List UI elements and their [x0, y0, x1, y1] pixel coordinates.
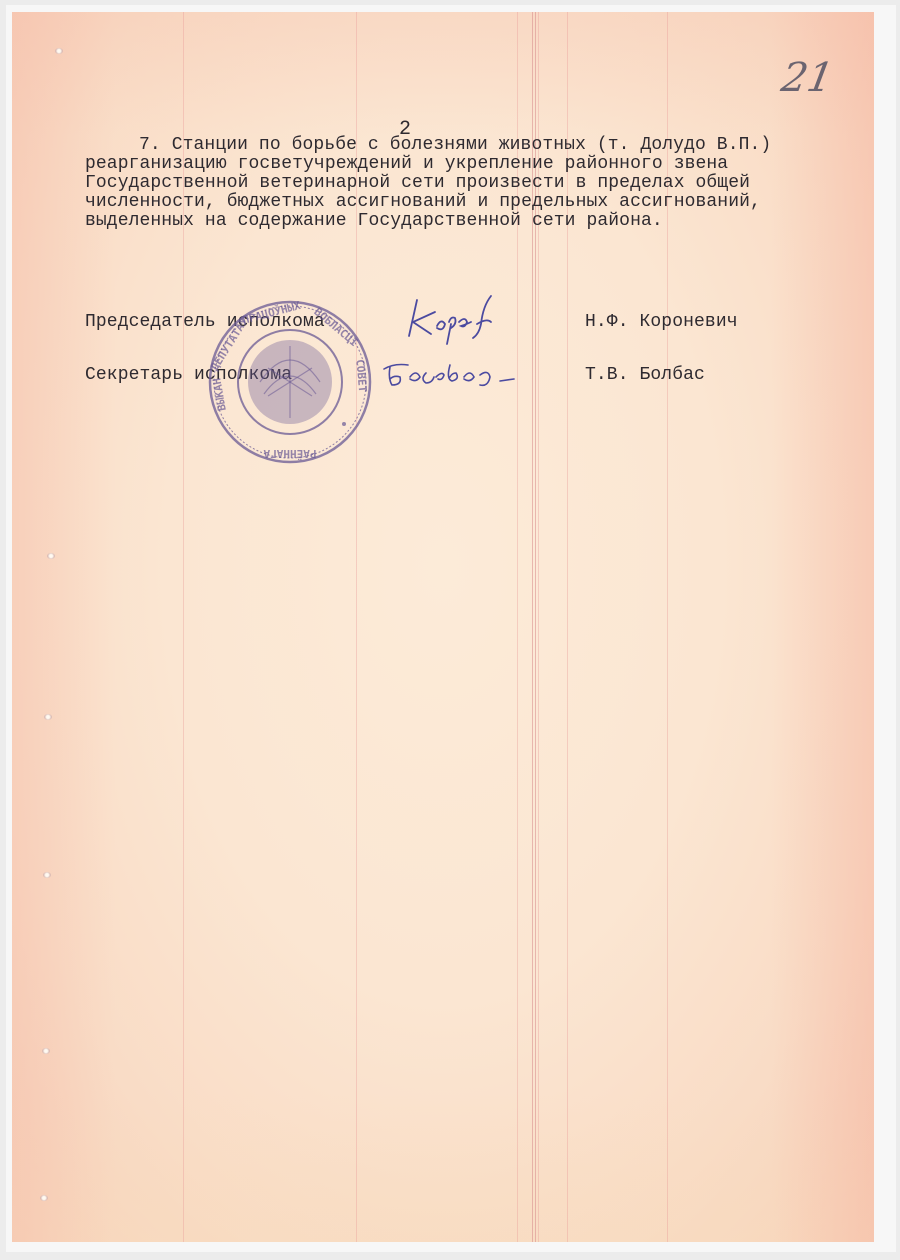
archive-page-number: 21 — [778, 55, 837, 101]
binder-hole — [42, 1048, 50, 1054]
signature-name-chairman: Н.Ф. Короневич — [585, 313, 738, 332]
binder-hole — [55, 48, 63, 54]
signature-name-secretary: Т.В. Болбас — [585, 366, 705, 385]
svg-text:СОВЕТ: СОВЕТ — [353, 359, 369, 393]
binder-hole — [40, 1195, 48, 1201]
signature-secretary-handwritten — [380, 355, 520, 395]
signature-chairman-handwritten — [395, 292, 515, 352]
paragraph-line: Государственной ветеринарной сети произв… — [85, 174, 750, 193]
paragraph-line: реарганизацию госветучреждений и укрепле… — [85, 155, 728, 174]
binder-hole — [47, 553, 55, 559]
binder-hole — [44, 714, 52, 720]
paragraph-line: численности, бюджетных ассигнований и пр… — [85, 193, 761, 212]
official-seal-stamp: ДЕПУТАТАУ ПРАЦОЎНЫХ ВОБЛАСЦІ СОВЕТ ВЫКАН… — [206, 298, 374, 466]
svg-text:ВОБЛАСЦІ: ВОБЛАСЦІ — [311, 305, 360, 349]
paragraph-line: 7. Станции по борьбе с болезнями животны… — [139, 136, 771, 155]
paragraph-line: выделенных на содержание Государственной… — [85, 212, 663, 231]
svg-text:РАЁННАГА: РАЁННАГА — [263, 447, 316, 461]
binder-hole — [43, 872, 51, 878]
